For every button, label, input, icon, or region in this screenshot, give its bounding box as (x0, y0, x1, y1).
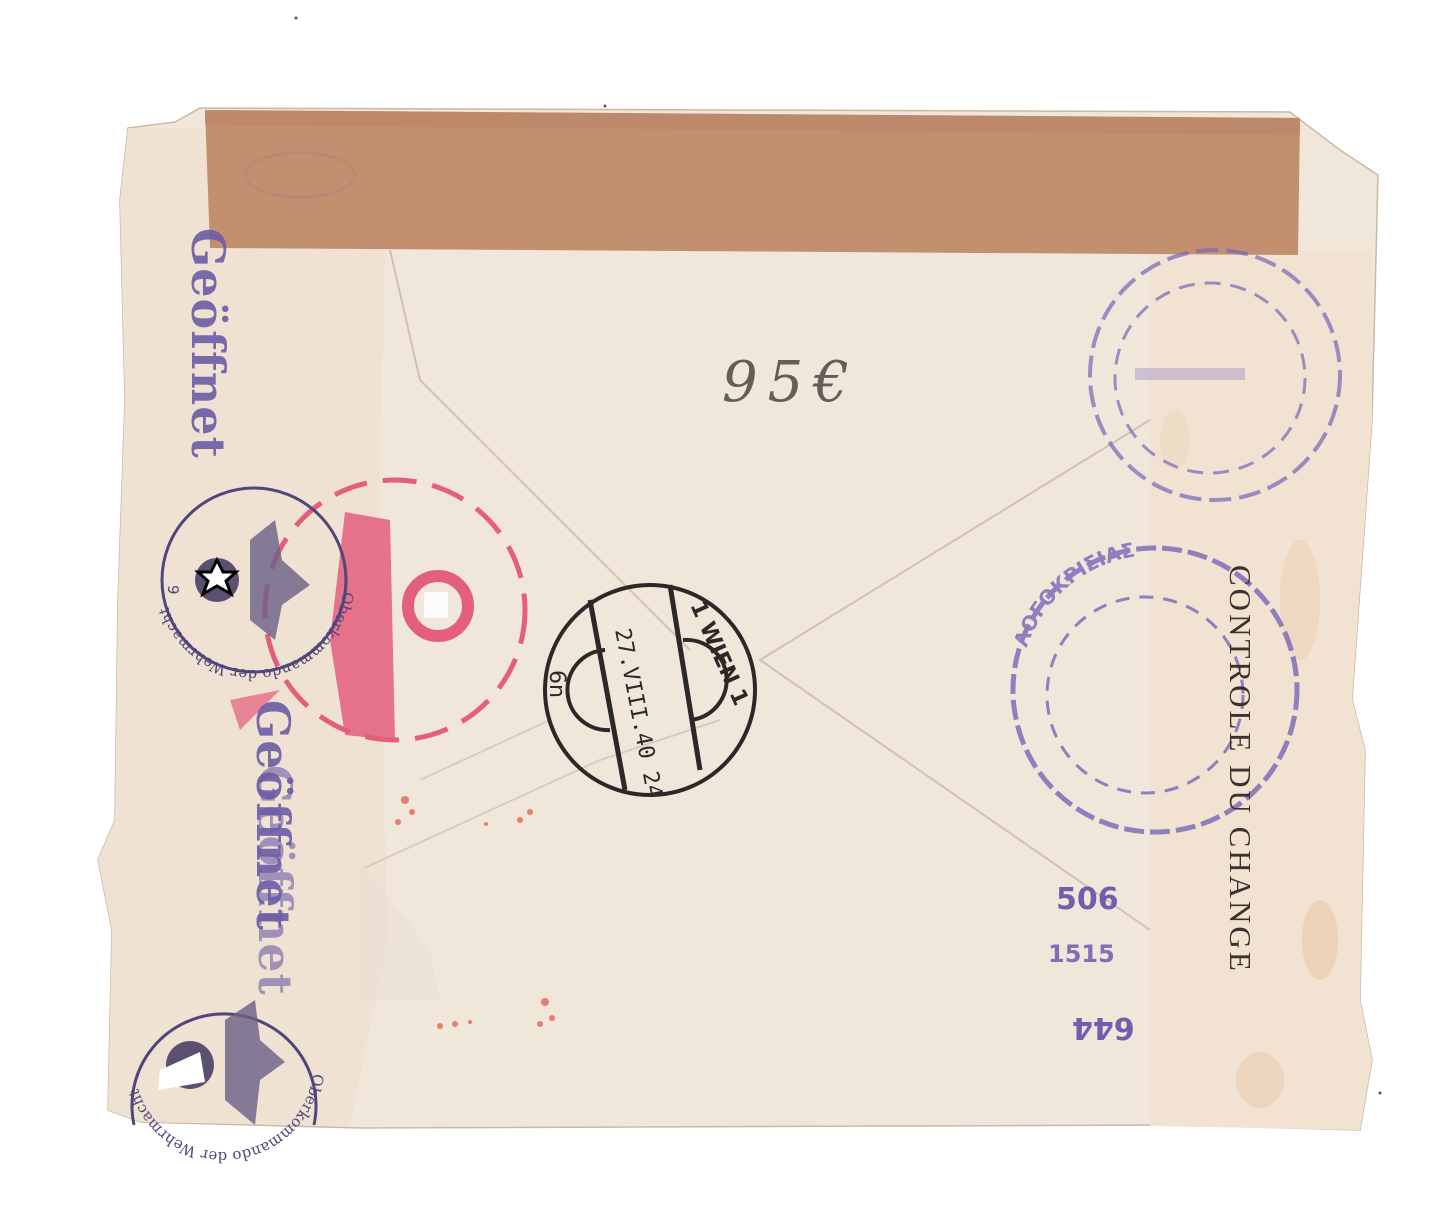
censor-label-geoffnet-3: Geöffnet (248, 765, 302, 996)
censor-number-3: 644 (1072, 1010, 1135, 1045)
okw-stamp-number: 9 (164, 585, 182, 595)
handwritten-price: 95€ (722, 350, 859, 415)
censor-number-2: 1515 (1048, 940, 1115, 968)
envelope-graphic: Oberkommando der Wehrmacht 9 Oberkommand… (0, 0, 1429, 1228)
censor-number-1: 506 (1056, 882, 1119, 917)
postmark-code: 6n (544, 670, 569, 698)
envelope-photo: Oberkommando der Wehrmacht 9 Oberkommand… (0, 0, 1429, 1228)
brown-paper-tape (205, 110, 1300, 255)
censor-label-geoffnet-1: Geöffnet (181, 228, 235, 459)
controle-du-change-label: CONTROLE DU CHANGE (1222, 565, 1258, 974)
